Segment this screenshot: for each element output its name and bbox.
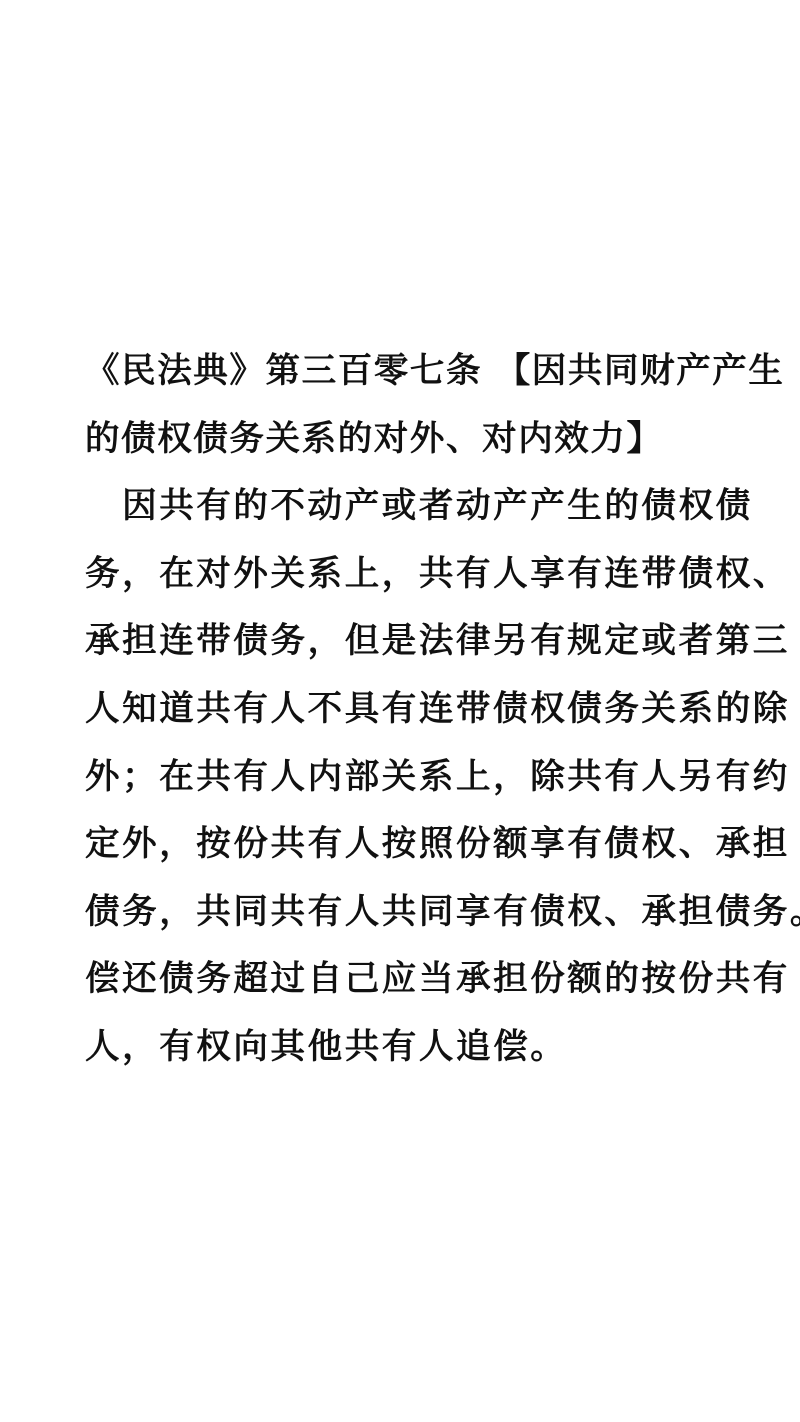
- article-body-line: 务，在对外关系上，共有人享有连带债权、: [85, 541, 735, 609]
- article-body-line: 债务，共同共有人共同享有债权、承担债务。: [85, 879, 735, 947]
- article-body-line: 外；在共有人内部关系上，除共有人另有约: [85, 744, 735, 812]
- legal-article: 《民法典》第三百零七条 【因共同财产产生 的债权债务关系的对外、对内效力】 因共…: [85, 338, 735, 1082]
- article-title-line-2: 的债权债务关系的对外、对内效力】: [85, 406, 735, 474]
- article-body-line: 人，有权向其他共有人追偿。: [85, 1014, 735, 1082]
- article-body-line: 人知道共有人不具有连带债权债务关系的除: [85, 676, 735, 744]
- article-body-line: 定外，按份共有人按照份额享有债权、承担: [85, 811, 735, 879]
- article-body-line: 因共有的不动产或者动产产生的债权债: [85, 473, 735, 541]
- article-body-line: 承担连带债务，但是法律另有规定或者第三: [85, 608, 735, 676]
- article-title-line-1: 《民法典》第三百零七条 【因共同财产产生: [85, 338, 735, 406]
- article-body-line: 偿还债务超过自己应当承担份额的按份共有: [85, 946, 735, 1014]
